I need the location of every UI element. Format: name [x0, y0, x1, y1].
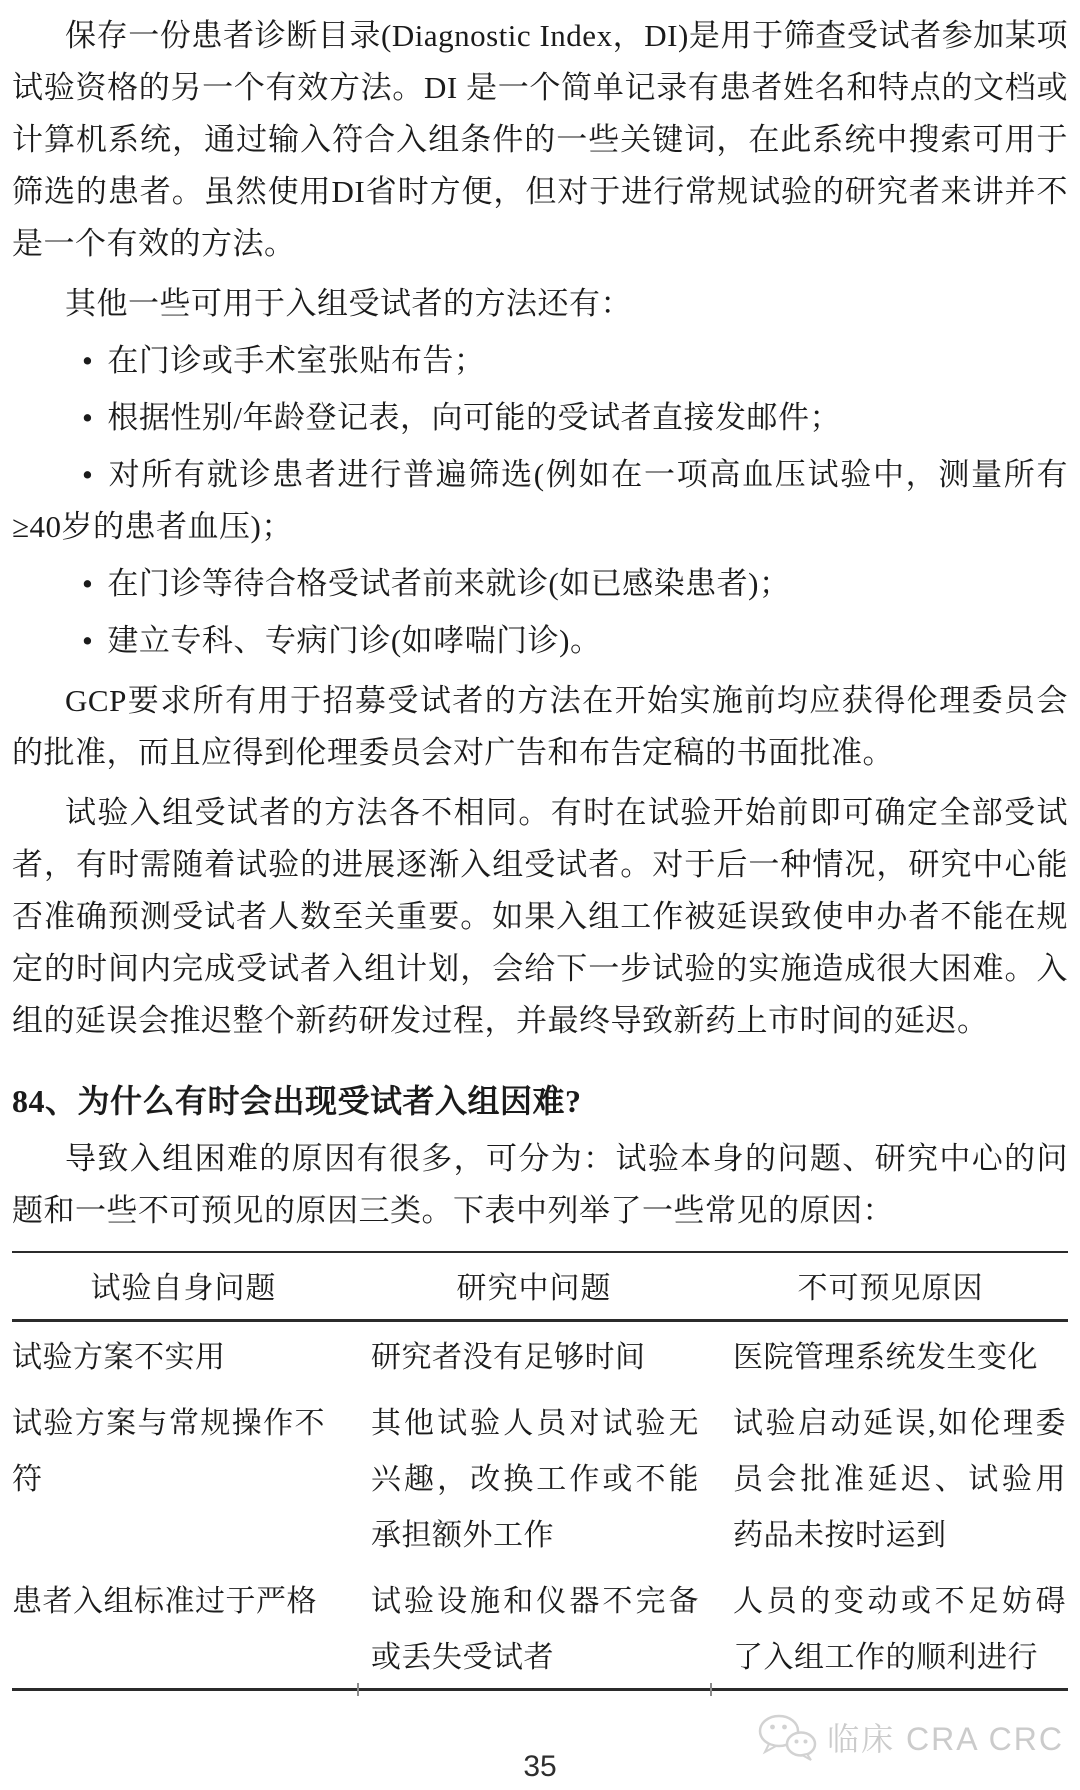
bullet-item: •在门诊或手术室张贴布告；: [12, 335, 1068, 387]
bullet-text: 根据性别/年龄登记表，向可能的受试者直接发邮件；: [107, 400, 841, 435]
table-cell: 患者入组标准过于严格: [12, 1566, 355, 1688]
bullet-text: 在门诊或手术室张贴布告；: [107, 343, 485, 378]
table-cell: 人员的变动或不足妨碍了入组工作的顺利进行: [713, 1566, 1068, 1688]
bullet-text: 对所有就诊患者进行普遍筛选(例如在一项高血压试验中，测量所有≥40岁的患者血压)…: [12, 457, 1068, 544]
table-header-site-issues: 研究中问题: [355, 1253, 713, 1321]
table-header-row: 试验自身问题 研究中问题 不可预见原因: [12, 1253, 1068, 1321]
table-divider-tick: [710, 1683, 712, 1696]
bullet-item: •在门诊等待合格受试者前来就诊(如已感染患者)；: [12, 558, 1068, 610]
table-cell: 试验启动延误,如伦理委员会批准延迟、试验用药品未按时运到: [713, 1388, 1068, 1566]
paragraph-diagnostic-index: 保存一份患者诊断目录(Diagnostic Index，DI)是用于筛查受试者参…: [12, 10, 1068, 270]
table-header-trial-issues: 试验自身问题: [12, 1253, 355, 1321]
document-page: 保存一份患者诊断目录(Diagnostic Index，DI)是用于筛查受试者参…: [0, 0, 1080, 1790]
paragraph-reasons-intro: 导致入组困难的原因有很多，可分为：试验本身的问题、研究中心的问题和一些不可预见的…: [12, 1133, 1068, 1237]
bullet-item: •对所有就诊患者进行普遍筛选(例如在一项高血压试验中，测量所有≥40岁的患者血压…: [12, 449, 1068, 553]
recruitment-difficulty-table-wrap: 试验自身问题 研究中问题 不可预见原因 试验方案不实用 研究者没有足够时间 医院…: [12, 1251, 1068, 1691]
bullet-item: •建立专科、专病门诊(如哮喘门诊)。: [12, 615, 1068, 667]
table-row: 试验方案不实用 研究者没有足够时间 医院管理系统发生变化: [12, 1321, 1068, 1389]
table-cell: 试验设施和仪器不完备或丢失受试者: [355, 1566, 713, 1688]
bullet-item: •根据性别/年龄登记表，向可能的受试者直接发邮件；: [12, 392, 1068, 444]
list-intro-paragraph: 其他一些可用于入组受试者的方法还有：: [12, 278, 1068, 330]
table-cell: 医院管理系统发生变化: [713, 1321, 1068, 1389]
table-divider-tick: [357, 1683, 359, 1696]
table-row: 试验方案与常规操作不符 其他试验人员对试验无兴趣，改换工作或不能承担额外工作 试…: [12, 1388, 1068, 1566]
table-row: 患者入组标准过于严格 试验设施和仪器不完备或丢失受试者 人员的变动或不足妨碍了入…: [12, 1566, 1068, 1688]
bullet-marker: •: [82, 457, 93, 492]
page-number: 35: [0, 1750, 1080, 1784]
table-cell: 试验方案与常规操作不符: [12, 1388, 355, 1566]
bullet-marker: •: [82, 400, 93, 435]
recruitment-difficulty-table: 试验自身问题 研究中问题 不可预见原因 试验方案不实用 研究者没有足够时间 医院…: [12, 1253, 1068, 1688]
bullet-marker: •: [82, 566, 93, 601]
question-heading: 84、为什么有时会出现受试者入组因难?: [12, 1079, 1068, 1123]
table-cell: 研究者没有足够时间: [355, 1321, 713, 1389]
bullet-text: 在门诊等待合格受试者前来就诊(如已感染患者)；: [107, 566, 790, 601]
paragraph-gcp-approval: GCP要求所有用于招募受试者的方法在开始实施前均应获得伦理委员会的批准，而且应得…: [12, 675, 1068, 779]
bullet-marker: •: [82, 623, 93, 658]
bullet-marker: •: [82, 343, 93, 378]
bullet-text: 建立专科、专病门诊(如哮喘门诊)。: [107, 623, 601, 658]
table-header-unforeseen: 不可预见原因: [713, 1253, 1068, 1321]
table-cell: 其他试验人员对试验无兴趣，改换工作或不能承担额外工作: [355, 1388, 713, 1566]
table-cell: 试验方案不实用: [12, 1321, 355, 1389]
paragraph-enrollment-methods: 试验入组受试者的方法各不相同。有时在试验开始前即可确定全部受试者，有时需随着试验…: [12, 787, 1068, 1047]
